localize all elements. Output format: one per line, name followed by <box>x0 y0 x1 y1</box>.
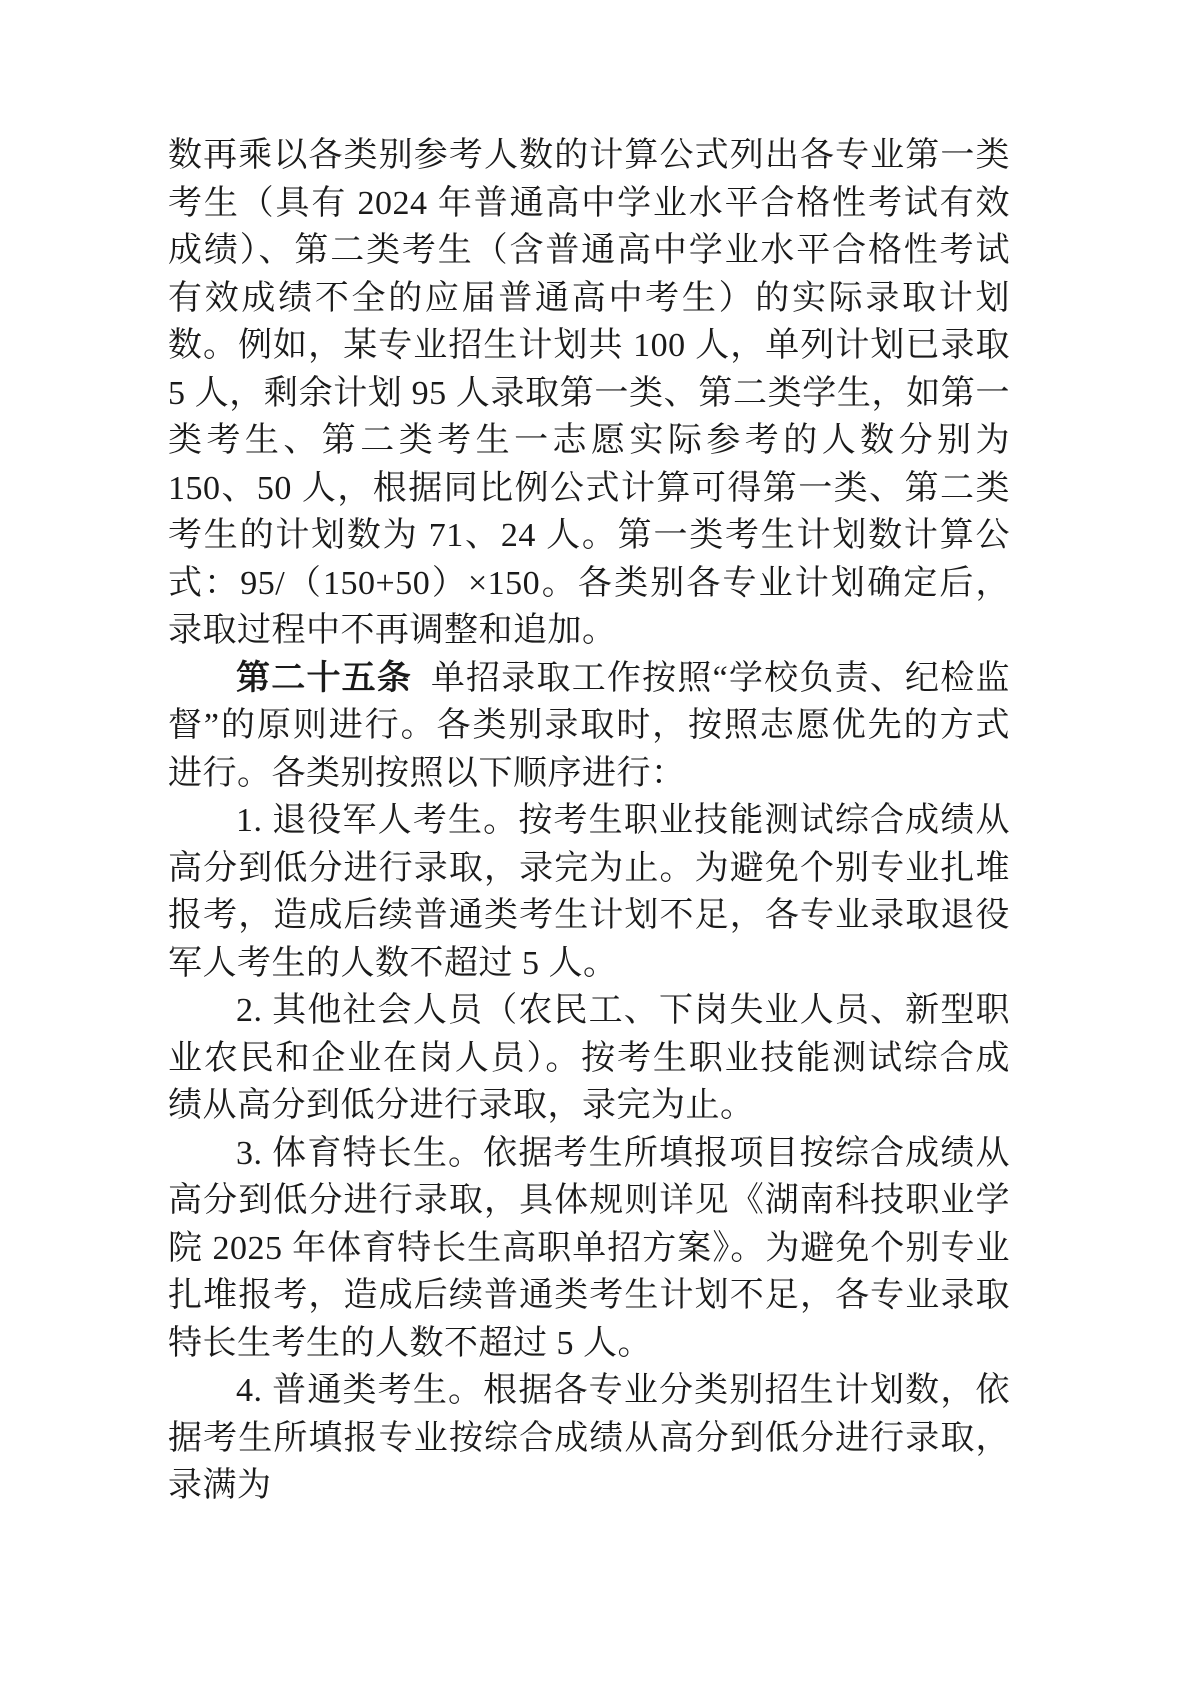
paragraph-article-25: 第二十五条单招录取工作按照“学校负责、纪检监督”的原则进行。各类别录取时，按照志… <box>168 655 1010 798</box>
paragraph-item-3-sports-students: 3. 体育特长生。依据考生所填报项目按综合成绩从高分到低分进行录取，具体规则详见… <box>168 1130 1010 1368</box>
article-25-number: 第二十五条 <box>236 660 412 697</box>
paragraph-item-1-veterans: 1. 退役军人考生。按考生职业技能测试综合成绩从高分到低分进行录取，录完为止。为… <box>168 797 1010 987</box>
document-body: 数再乘以各类别参考人数的计算公式列出各专业第一类考生（具有 2024 年普通高中… <box>168 132 1010 1510</box>
paragraph-item-4-general-candidates: 4. 普通类考生。根据各专业分类别招生计划数，依据考生所填报专业按综合成绩从高分… <box>168 1367 1010 1510</box>
document-page: 数再乘以各类别参考人数的计算公式列出各专业第一类考生（具有 2024 年普通高中… <box>0 0 1191 1684</box>
paragraph-plan-calculation: 数再乘以各类别参考人数的计算公式列出各专业第一类考生（具有 2024 年普通高中… <box>168 132 1010 655</box>
paragraph-item-2-social-personnel: 2. 其他社会人员（农民工、下岗失业人员、新型职业农民和企业在岗人员）。按考生职… <box>168 987 1010 1130</box>
